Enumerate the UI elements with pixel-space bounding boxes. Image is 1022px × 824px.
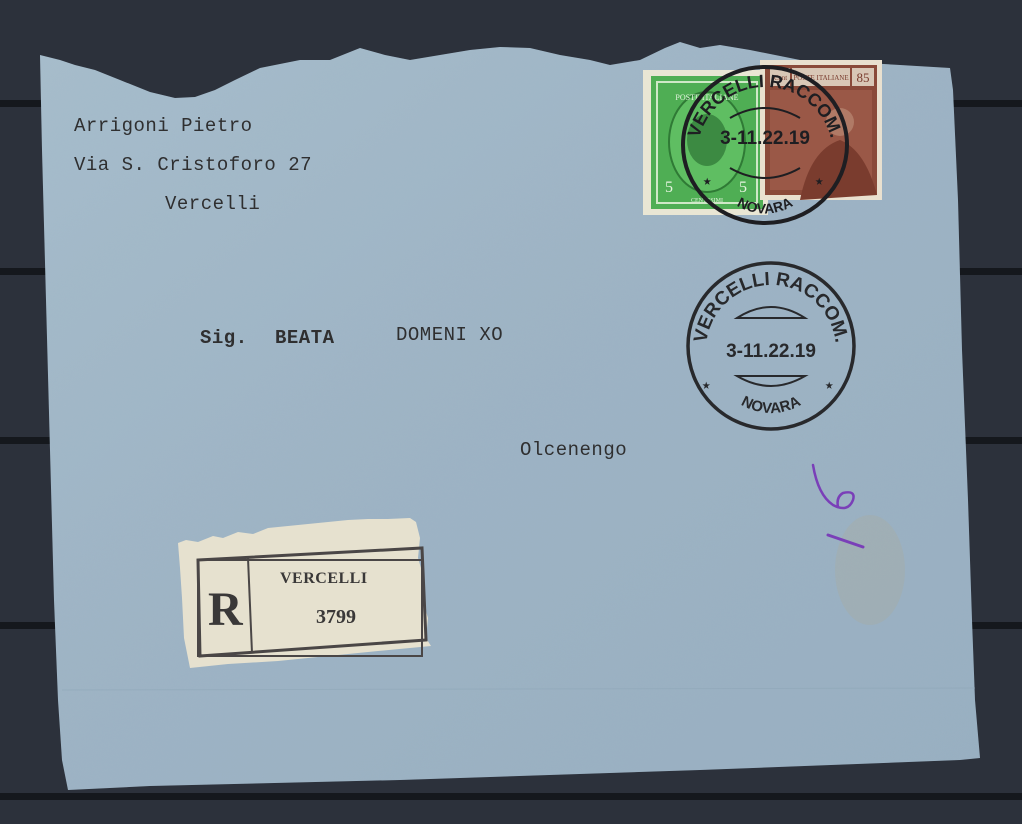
svg-text:NOVARA: NOVARA bbox=[735, 194, 795, 217]
postmark-date: 3-11.22.19 bbox=[720, 128, 810, 149]
recipient-first-name: BEATA bbox=[275, 327, 335, 349]
star-icon: ★ bbox=[825, 378, 834, 394]
registration-number: 3799 bbox=[316, 606, 356, 629]
sender-name: Arrigoni Pietro bbox=[74, 115, 253, 137]
sender-city: Vercelli bbox=[165, 193, 260, 215]
recipient-last-name: DOMENI XO bbox=[396, 324, 503, 346]
registration-office: VERCELLI bbox=[280, 570, 368, 588]
star-icon: ★ bbox=[815, 174, 824, 190]
svg-text:NOVARA: NOVARA bbox=[739, 393, 804, 417]
postmark-bottom-text: NOVARA bbox=[735, 194, 795, 217]
registration-label: R VERCELLI 3799 bbox=[178, 518, 431, 668]
postmark-bottom-text: NOVARA bbox=[739, 393, 804, 417]
postmark-on-stamps: VERCELLI RACCOM. 3-11.22.19 NOVARA ★ ★ bbox=[675, 60, 855, 225]
postmark-date: 3-11.22.19 bbox=[726, 341, 816, 362]
registration-letter: R bbox=[208, 582, 243, 637]
pencil-mark bbox=[808, 455, 878, 555]
recipient-salutation: Sig. bbox=[200, 327, 248, 349]
star-icon: ★ bbox=[703, 174, 712, 190]
recipient-town: Olcenengo bbox=[520, 439, 627, 461]
star-icon: ★ bbox=[702, 378, 711, 394]
stamp-value: 85 bbox=[857, 70, 870, 85]
stamp-value-left: 5 bbox=[665, 179, 673, 196]
postmark: VERCELLI RACCOM. 3-11.22.19 NOVARA ★ ★ bbox=[682, 258, 860, 436]
sender-street: Via S. Cristoforo 27 bbox=[74, 154, 312, 176]
